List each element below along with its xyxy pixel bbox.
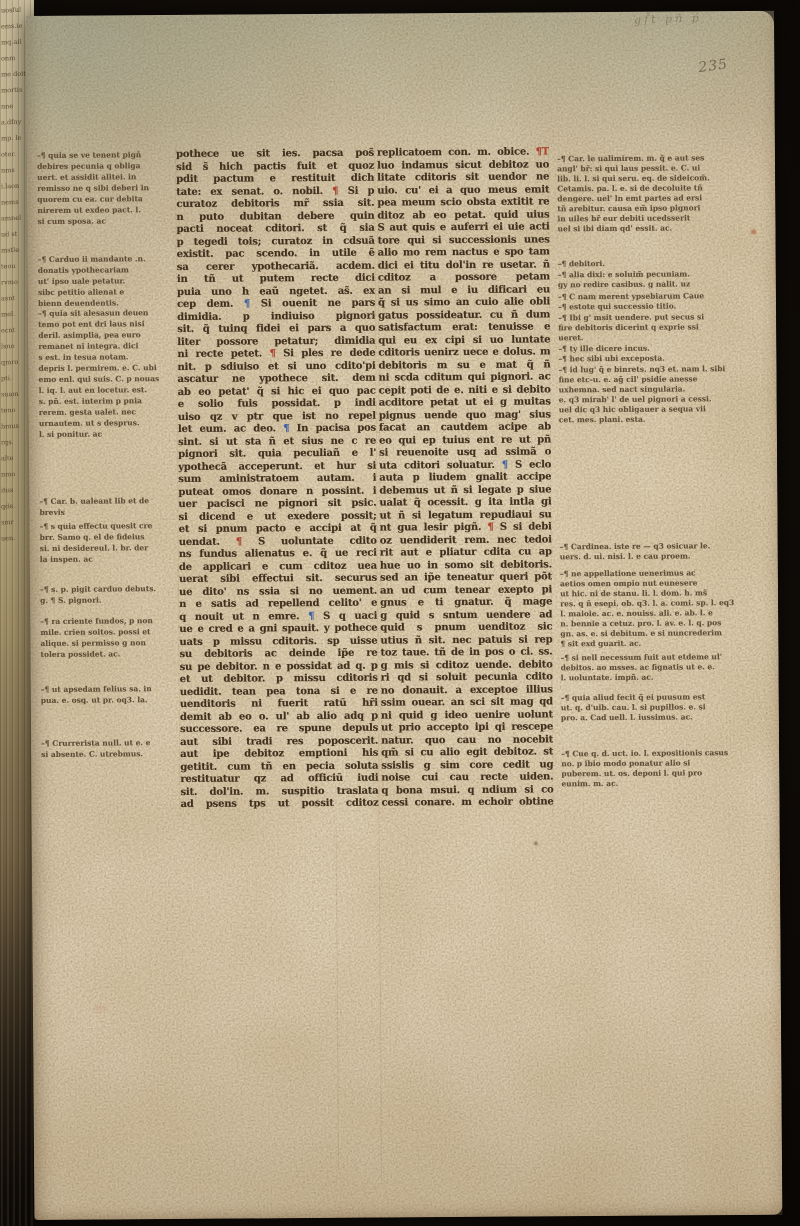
edge-text-fragment: rqs.: [1, 434, 28, 451]
text-line: l. si ponitur. ac: [39, 428, 177, 440]
gloss-group: –¶ Cardinea. iste re — q3 osicuar le.uer…: [560, 541, 768, 562]
book-edge-shadow: [0, 540, 34, 1226]
manuscript-page: gf̃t pñ ṕ 235 pothece ue sit ies. pacsa …: [26, 11, 782, 1220]
photo-background: uosfulems.iemq.ailonmme doitmortisnnea.d…: [0, 0, 800, 1226]
text-line: debitoris m su e mat q̃ ñ solute: [378, 359, 550, 373]
text-line: existit. pac scendo. in utile ẽ: [177, 248, 375, 262]
gloss-group: –¶ s quia effectu quesit crebrr. Samo q.…: [40, 520, 178, 565]
edge-text-fragment: smr: [1, 514, 28, 531]
text-line: ad psens tps ut possit cditoz: [180, 798, 378, 812]
text-line: n e satis ad repellend celito' e: [179, 598, 377, 612]
text-line: cep dem. ¶ Si ouenit ne pars: [177, 298, 375, 312]
text-line: auta p liudem gnalit accipe: [379, 471, 551, 485]
edge-text-fragment: lsno: [1, 338, 28, 355]
edge-text-fragment: nne: [1, 98, 28, 115]
text-line: si cum sposa. ac: [37, 215, 175, 227]
text-line: tore qui si successionis unes: [378, 234, 550, 248]
gloss-group: –¶ s. p. pigit carduo debuts.g. ¶ S. pig…: [40, 583, 178, 606]
edge-text-fragment: ems.ie: [1, 18, 28, 35]
text-line: eo qui ep tuius ent re ut pñ: [379, 434, 551, 448]
edge-text-fragment: mp. le: [1, 130, 28, 147]
text-line: ns fundus alienatus e. q̃ ue reci: [179, 548, 377, 562]
text-line: eunim. m. ac.: [561, 778, 769, 789]
edge-text-fragment: mq.ail: [1, 34, 28, 51]
text-line: –¶ hec sibi ubi exceposta.: [558, 353, 766, 364]
text-line: uenditoris ni fuerit ratū hr̃i: [180, 698, 378, 712]
text-line: uio. cu' ei a quo meus emit: [377, 184, 549, 198]
gloss-group: –¶ si nell necessum fuit aut etdeme ul'd…: [560, 652, 768, 683]
text-line: ni recte petet. ¶ Si ples re dede: [177, 348, 375, 362]
text-line: pro. a. Cad uell. l. iussimus. ac.: [561, 712, 769, 723]
edge-text-fragment: ecnt: [1, 322, 28, 339]
text-line: oz uendiderit rem. nec tedoi: [380, 534, 552, 548]
text-line: in tñ ut putem recte dici: [177, 273, 375, 287]
edge-text-fragment: nms: [1, 162, 28, 179]
text-line: et si pnum pacto e accipi at q̃: [179, 523, 377, 537]
text-line: pdit pactum e restituit dich: [176, 173, 374, 187]
edge-text-fragment: teno: [1, 402, 28, 419]
rubric-mark-red: ¶: [269, 348, 275, 359]
rubric-mark-red: ¶T: [536, 146, 549, 157]
text-line: no donauit. a exceptoe illius: [381, 684, 553, 698]
text-line: gy no redire casibus. g nalit. uz: [558, 279, 766, 290]
rubric-mark-blue: ¶: [502, 459, 508, 470]
text-line: tolera possidet. ac.: [40, 648, 178, 660]
text-line: pua. e. osq. ut pr. oq3. la.: [41, 694, 179, 706]
rubric-mark-red: ¶: [236, 536, 242, 547]
edge-text-fragment: teou: [1, 258, 28, 275]
text-line: quid s pnum uenditoz sic: [380, 621, 552, 635]
text-line: sed an ip̃e teneatur queri põt: [380, 571, 552, 585]
text-line: uel si ibi diam qd' essit. ac.: [557, 223, 765, 234]
text-line: g mis si cditoz uende. debito: [381, 659, 553, 673]
gloss-group: –¶ ra criente fundos, p nonmile. crien s…: [40, 615, 178, 660]
text-line: sit. q̃ tuinq fidei ei pars a quo: [177, 323, 375, 337]
text-line: q̃ si us simo an cuio alie obli: [378, 296, 550, 310]
text-line: cessi conare. m echoir obtine: [381, 796, 553, 810]
text-line: satisfactum erat: tenuisse e: [378, 321, 550, 335]
text-line: curatoz debitoris mr̃ ssia sit.: [176, 198, 374, 212]
edge-text-fragment: nems: [1, 194, 28, 211]
text-line: S aut quis e auferri ei uie acti: [377, 221, 549, 235]
text-line: aut ipe debitoz emptioni his: [180, 748, 378, 762]
text-line: et ut debitor. p missu cditoris: [180, 673, 378, 687]
text-line: ualat q̃ ocessit. g ita intla gi: [379, 496, 551, 510]
edge-text-fragment: itus: [1, 482, 28, 499]
edge-text-fragment: uen.: [1, 530, 28, 547]
edge-text-fragment: suam: [1, 386, 28, 403]
text-line: si reuenoite usq ad ssimã o: [379, 446, 551, 460]
text-line: ut ñ si legatum repudiaui su: [379, 509, 551, 523]
edge-text-fragment: mortis: [1, 82, 28, 99]
text-line: –¶ estote qui successio titio.: [558, 301, 766, 312]
text-line: qui eu ex cipi si uo luntate: [378, 334, 550, 348]
edge-text-fragment: onm: [1, 50, 28, 67]
gloss-group: –¶ Crurrerista null. ut e. esi absente. …: [41, 737, 179, 760]
text-line: luo indamus sicut debitoz uo: [377, 159, 549, 173]
edge-text-fragment: mstle: [1, 242, 28, 259]
main-text-column-2: replicatoem con. m. obice. ¶Tluo indamus…: [377, 146, 554, 810]
right-margin-gloss: –¶ Car. le ualimirem. m. q̃ e aut sesang…: [556, 11, 772, 1216]
text-line: toz taue. tñ de in pos o ci. ss. si: [380, 646, 552, 660]
text-line: utius ñ sit. nec patuis si rep: [380, 634, 552, 648]
text-line: cepit poti de e. niti e si debito: [379, 384, 551, 398]
edge-text-fragment: amnel: [1, 210, 28, 227]
text-line: gatus possideatur. cu ñ dum: [378, 309, 550, 323]
text-line: e solio fuis possidat. p indi: [178, 398, 376, 412]
gloss-group: –¶ ne appellatione uenerimus acaetios om…: [560, 568, 769, 649]
text-line: ascatur ne ypothece sit. dem: [178, 373, 376, 387]
text-line: pacti noceat cditori. st̃ q̃ sia: [176, 223, 374, 237]
text-line: l. uoluntate. impñ. ac.: [561, 672, 769, 683]
text-line: ditoz ab eo petat. quid uius sit:: [377, 209, 549, 223]
left-margin-gloss: –¶ quia se ve tenent pigñdebires pecunia…: [36, 15, 182, 1220]
rubric-mark-blue: ¶: [308, 611, 314, 622]
edge-text-fragment: nmo: [1, 466, 28, 483]
text-line: –¶ debitori.: [558, 258, 766, 269]
text-line: qm̃ si cu alio egit debitoz. st̃: [381, 746, 553, 760]
text-line: ue e cred e a gni spauit. y pothece: [179, 623, 377, 637]
text-line: natur. quo cau no nocebit: [381, 734, 553, 748]
text-line: rit aut e pliatur cdita cu ap: [380, 546, 552, 560]
text-line: litate cditoris sit uendor ne: [377, 171, 549, 185]
parchment-crease: [336, 830, 339, 1170]
text-line: successore. ea re spune depuls: [180, 723, 378, 737]
text-line: pignori sit. quia peculiañ e l': [178, 448, 376, 462]
gloss-group: –¶ quia se ve tenent pigñdebires pecunia…: [37, 149, 176, 227]
text-line: nt gua lesir pigñ. ¶ S si debi: [380, 521, 552, 535]
edge-text-fragment: asnt: [1, 290, 28, 307]
gloss-group: –¶ hec sibi ubi exceposta.: [558, 353, 766, 364]
edge-text-fragment: ud st: [1, 226, 28, 243]
text-line: cditoz a possore petam recipiat: [378, 271, 550, 285]
rubric-mark-red: ¶: [332, 185, 338, 196]
text-line: replicatoem con. m. obice. ¶T: [377, 146, 549, 160]
text-line: ni scda cditum qui pignori. ac: [378, 371, 550, 385]
gloss-group: –¶ Car. le ualimirem. m. q̃ e aut sesang…: [557, 153, 766, 234]
gloss-group: –¶ Carduo ii mandante .n.donatis ypothec…: [38, 253, 176, 309]
edge-text-fragment: oter.: [1, 146, 28, 163]
text-line: debemus ut ñ si legate p siue: [379, 484, 551, 498]
text-line: ut prio accepto ipi qi rescepe: [381, 721, 553, 735]
text-line: pea meum scio obsta extitit re: [377, 196, 549, 210]
brown-fleck-stain: [533, 840, 539, 846]
text-line: uer pacisci ne pignori sit psic.: [178, 498, 376, 512]
edge-text-fragment: a.dfny: [1, 114, 28, 131]
text-line: ssislis g sim core cedit ug: [381, 759, 553, 773]
text-line: g quid s sntum uendere ad: [380, 609, 552, 623]
text-line: let eum. ac deo. ¶ In pacisa pos: [178, 423, 376, 437]
text-line: facat an cautdem acipe ab: [379, 421, 551, 435]
text-line: la inspen. ac: [40, 553, 178, 565]
text-line: brevis: [39, 506, 177, 518]
text-line: g. ¶ S. pignori.: [40, 594, 178, 606]
gloss-group: –¶ id lug' q̃ e binrets. nq3 et. nam l. …: [558, 364, 766, 425]
rubric-mark-red: ¶: [487, 522, 493, 533]
gloss-group: –¶ quia sit alesasun deuentemo pot ent d…: [38, 307, 177, 440]
text-line: q bona msui. q ndium si co: [381, 784, 553, 798]
text-line: uta cditori soluatur. ¶ S eclo: [379, 459, 551, 473]
gloss-group: –¶ Ibi g' msit uendere. put secus sifire…: [558, 312, 766, 343]
text-line: acditore petat ut ei g muitas: [379, 396, 551, 410]
edge-text-fragment: rvmo: [1, 274, 28, 291]
gloss-group: –¶ estote qui successio titio.: [558, 301, 766, 312]
edge-text-fragment: i.laon: [1, 178, 28, 195]
edge-text-fragment: me doit: [1, 66, 28, 83]
text-line: ri qd si soluit pecunia cdito: [381, 671, 553, 685]
rubric-mark-blue: ¶: [283, 423, 289, 434]
edge-text-fragment: mel.: [1, 306, 28, 323]
text-line: hue uo in somo sit debitoris.: [380, 559, 552, 573]
text-line: ni quid g ideo uenire uolunt: [381, 709, 553, 723]
edge-text-fragment: bmus: [1, 418, 28, 435]
text-line: pothece ue sit ies. pacsa pos̃: [176, 148, 374, 162]
text-line: pignus uende quo mag' sius: [379, 409, 551, 423]
book-edge-text: uosfulems.iemq.ailonmme doitmortisnnea.d…: [1, 2, 28, 562]
gloss-group: –¶ Car. b. ualeant lib et debrevis: [39, 495, 177, 518]
edge-text-fragment: qmro: [1, 354, 28, 371]
edge-text-fragment: pti.: [1, 370, 28, 387]
rubric-mark-blue: ¶: [244, 298, 250, 309]
main-text-column-1: pothece ue sit ies. pacsa pos̃sid s̃ hic…: [176, 148, 379, 812]
text-line: si absente. C. utrebmus.: [41, 748, 179, 760]
text-line: sum aministratoem autam. i: [178, 473, 376, 487]
gloss-group: –¶ debitori.: [558, 258, 766, 269]
text-line: alio mo rem nactus e spo tam: [378, 246, 550, 260]
parchment-crease: [379, 822, 383, 1182]
text-line: uers. d. ui. nisi. l. e cau proem.: [560, 551, 768, 562]
edge-text-fragment: qde.: [1, 498, 28, 515]
text-line: ¶ sit exd guarit. ac.: [560, 638, 768, 649]
text-line: cditoris uenirz uece e dolus. m: [378, 346, 550, 360]
edge-text-fragment: alte: [1, 450, 28, 467]
text-line: dici ei titu dol'in re usetar. ñ: [378, 259, 550, 273]
text-line: uerat sibi effectui sit. securus: [179, 573, 377, 587]
text-line: restituatur qz ad officiū iudi: [180, 773, 378, 787]
gloss-group: –¶ Cue q. d. uct. io. l. expositionis ca…: [561, 748, 769, 789]
text-line: cet. mes. plani. esta.: [559, 414, 767, 425]
gloss-group: –¶ quia aliud fecit q̃ ei puusum estut. …: [561, 692, 769, 723]
text-line: ueret.: [558, 332, 766, 343]
text-line: noise cui cau recte uiden.: [381, 771, 553, 785]
edge-text-fragment: uosful: [1, 2, 28, 18]
gloss-group: –¶ alia dixi: e soluim̃ pecuniam.gy no r…: [558, 269, 766, 290]
text-line: gnus e ti gnatur. q̃ mage: [380, 596, 552, 610]
text-line: an ud cum tenear exepto pi: [380, 584, 552, 598]
text-line: an si mul e iu dificari eu: [378, 284, 550, 298]
text-line: su debitoris ac deinde ip̃e re: [179, 648, 377, 662]
gloss-group: –¶ ut apsedam felius sa. inpua. e. osq. …: [41, 683, 179, 706]
text-line: ssim ouear. an sci sit mag qd: [381, 696, 553, 710]
